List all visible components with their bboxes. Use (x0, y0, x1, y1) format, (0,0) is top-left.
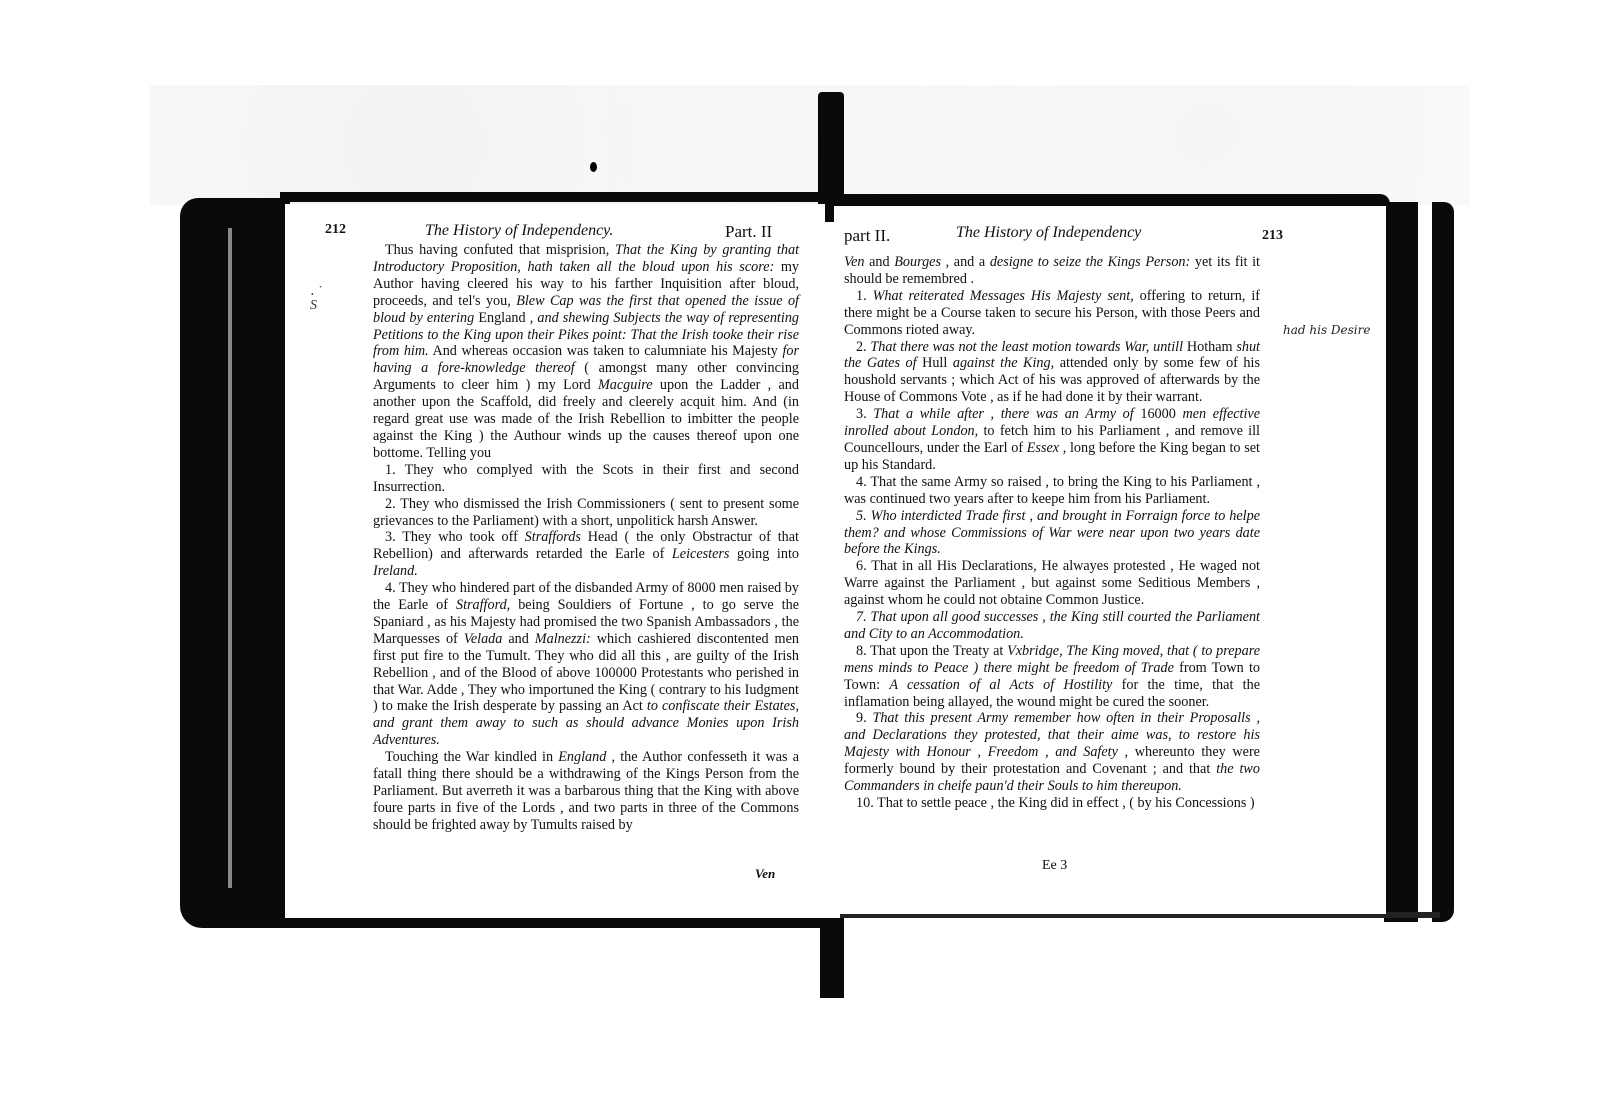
margin-mark: S (310, 299, 323, 313)
book-cover-right-outer (1432, 202, 1454, 922)
text: 1. (856, 288, 873, 304)
book-cover-top-right (830, 194, 1390, 206)
text: And whereas occasion was taken to calumn… (429, 343, 783, 359)
running-title: The History of Independency (956, 224, 1141, 242)
cover-highlight (228, 228, 232, 888)
italic-text: Bourges (894, 254, 941, 270)
text: 8. That upon the Treaty at (856, 643, 1007, 659)
paragraph: 2. That there was not the least motion t… (844, 339, 1260, 407)
book-cover-left (180, 198, 290, 928)
text: and (864, 254, 894, 270)
paragraph: 3. That a while after , there was an Arm… (844, 406, 1260, 474)
text: 16000 (1134, 406, 1183, 422)
text: going into (729, 546, 799, 562)
paragraph: 3. They who took off Straffords Head ( t… (373, 529, 799, 580)
paragraph: 4. They who hindered part of the disband… (373, 580, 799, 749)
text: Hull (917, 355, 953, 371)
right-page: part II. The History of Independency 213… (834, 206, 1386, 914)
italic-text: against the King, (953, 355, 1054, 371)
text: Touching the War kindled in (385, 749, 558, 765)
text: 2. (856, 339, 870, 355)
book-cover-top-left (280, 192, 820, 202)
text: England (474, 310, 530, 326)
left-page-body: Thus having confuted that misprision, Th… (373, 242, 799, 834)
paragraph: 5. Who interdicted Trade first , and bro… (844, 508, 1260, 559)
ink-blot (590, 162, 597, 172)
paragraph: 9. That this present Army remember how o… (844, 710, 1260, 795)
paragraph: 1. What reiterated Messages His Majesty … (844, 288, 1260, 339)
page-number: 212 (325, 222, 346, 238)
paragraph: 7. That upon all good successes , the Ki… (844, 609, 1260, 643)
italic-text: Leicesters (672, 546, 730, 562)
text: Thus having confuted that misprision, (385, 242, 615, 258)
text: 9. (856, 710, 872, 726)
italic-text: 7. That upon all good successes , the Ki… (844, 609, 1260, 642)
handwritten-margin-note: had his Desire (1283, 323, 1370, 337)
book-spine-top (818, 92, 844, 222)
left-page: 212 The History of Independency. Part. I… (285, 204, 825, 918)
paragraph: 10. That to settle peace , the King did … (844, 795, 1260, 812)
paragraph: Thus having confuted that misprision, Th… (373, 242, 799, 462)
italic-text: Strafford, (456, 597, 510, 613)
text: 10. That to settle peace , the King did … (856, 795, 1255, 811)
page-number: 213 (1262, 228, 1283, 244)
book-cover-right-edge (1384, 202, 1418, 922)
italic-text: Velada (464, 631, 503, 647)
paragraph: 4. That the same Army so raised , to bri… (844, 474, 1260, 508)
text: 4. That the same Army so raised , to bri… (844, 474, 1260, 507)
paragraph: 2. They who dismissed the Irish Commissi… (373, 496, 799, 530)
left-page-header: 212 The History of Independency. Part. I… (285, 222, 825, 244)
book-cover-bottom-left (195, 918, 825, 928)
italic-text: Ven (844, 254, 864, 270)
text: 1. They who complyed with the Scots in t… (373, 462, 799, 495)
right-page-body: Ven and Bourges , and a designe to seize… (844, 254, 1260, 812)
signature-mark: Ee 3 (1042, 858, 1067, 874)
italic-text: Macguire (598, 377, 653, 393)
text: , and a (941, 254, 990, 270)
paragraph: 6. That in all His Declarations, He alwa… (844, 558, 1260, 609)
italic-text: Essex (1027, 440, 1059, 456)
right-page-header: part II. The History of Independency 213 (834, 224, 1386, 246)
text: 2. They who dismissed the Irish Commissi… (373, 496, 799, 529)
text: 3. (856, 406, 873, 422)
margin-marks: ․ ˙ S (310, 285, 323, 313)
italic-text: 5. Who interdicted Trade first , and bro… (844, 508, 1260, 558)
part-label: part II. (844, 226, 890, 246)
catchword: Ven (755, 866, 775, 882)
text: 6. That in all His Declarations, He alwa… (844, 558, 1260, 608)
paragraph: Ven and Bourges , and a designe to seize… (844, 254, 1260, 288)
italic-text: Ireland. (373, 563, 418, 579)
text: Hotham (1183, 339, 1236, 355)
paragraph: 1. They who complyed with the Scots in t… (373, 462, 799, 496)
margin-mark: ․ ˙ (310, 285, 323, 299)
book-spine-bottom (820, 918, 844, 998)
italic-text: A cessation of al Acts of Hostility (889, 677, 1112, 693)
text: and (502, 631, 534, 647)
italic-text: Malnezzi: (535, 631, 591, 647)
italic-text: What reiterated Messages His Majesty sen… (873, 288, 1134, 304)
paragraph: Touching the War kindled in England , th… (373, 749, 799, 834)
running-title: The History of Independency. (425, 222, 613, 240)
italic-text: England (558, 749, 606, 765)
italic-text: designe to seize the Kings Person: (990, 254, 1190, 270)
italic-text: That there was not the least motion towa… (870, 339, 1183, 355)
paragraph: 8. That upon the Treaty at Vxbridge, The… (844, 643, 1260, 711)
background-speckle (150, 85, 1470, 205)
part-label: Part. II (725, 222, 772, 242)
text: 3. They who took off (385, 529, 525, 545)
italic-text: That a while after , there was an Army o… (873, 406, 1133, 422)
italic-text: Straffords (525, 529, 581, 545)
